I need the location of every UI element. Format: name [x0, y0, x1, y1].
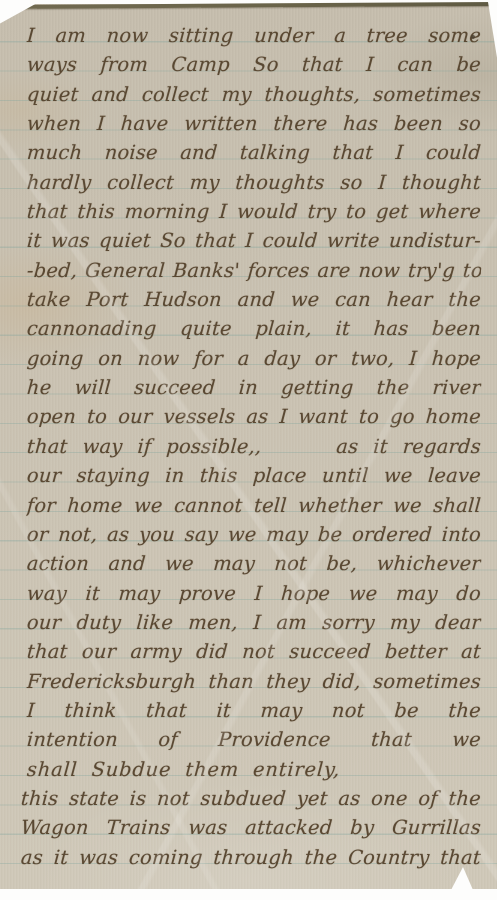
letter-line: -bed, General Banks' forces are now try'… [26, 256, 482, 285]
letter-line: quiet and collect my thoughts, sometimes [26, 80, 482, 109]
letter-line: he will succeed in getting the river [26, 373, 482, 402]
letter-line: I think that it may not be the [26, 696, 482, 725]
letter-line: I am now sitting under a tree some [26, 21, 482, 50]
letter-line: this state is not subdued yet as one of … [20, 784, 482, 813]
letter-line: our staying in this place until we leave [26, 461, 482, 490]
paper-notch-bottomright [451, 867, 473, 890]
letter-line: Fredericksburgh than they did, sometimes [26, 667, 482, 696]
paper-corner-cut-topright [488, 2, 497, 64]
letter-line: our duty like men, I am sorry my dear [26, 608, 482, 637]
letter-line: shall Subdue them entirely, [26, 755, 482, 784]
letter-line: take Port Hudson and we can hear the [26, 285, 482, 314]
letter-body: I am now sitting under a tree some ways … [27, 21, 481, 872]
letter-line: way it may prove I hope we may do [26, 579, 482, 608]
letter-line: as it was coming through the Country tha… [20, 843, 482, 872]
letter-line: for home we cannot tell whether we shall [26, 491, 482, 520]
letter-line: hardly collect my thoughts so I thought [26, 168, 482, 197]
letter-line: ways from Camp So that I can be [26, 50, 482, 79]
letter-line: that this morning I would try to get whe… [26, 197, 482, 226]
letter-line: much noise and talking that I could [26, 138, 482, 167]
letter-line: cannonading quite plain, it has been [26, 314, 482, 343]
letter-line: going on now for a day or two, I hope [26, 344, 482, 373]
letter-line: that way if possible,, as it regards [26, 432, 482, 461]
paper-top-edge [0, 2, 497, 9]
letter-line: that our army did not succeed better at [26, 637, 482, 666]
ink-speck [471, 35, 475, 39]
letter-paper: I am now sitting under a tree some ways … [0, 4, 497, 889]
paper-corner-cut-topleft [0, 2, 39, 24]
letter-line: or not, as you say we may be ordered int… [26, 520, 482, 549]
letter-line: intention of Providence that we [26, 725, 482, 754]
letter-line: it was quiet So that I could write undis… [26, 226, 482, 255]
letter-line: open to our vessels as I want to go home [26, 402, 482, 431]
letter-line: Wagon Trains was attacked by Gurrillas [20, 813, 482, 842]
letter-line: when I have written there has been so [26, 109, 482, 138]
letter-line: action and we may not be, whichever [26, 549, 482, 578]
scanned-letter-page: I am now sitting under a tree some ways … [0, 0, 497, 900]
